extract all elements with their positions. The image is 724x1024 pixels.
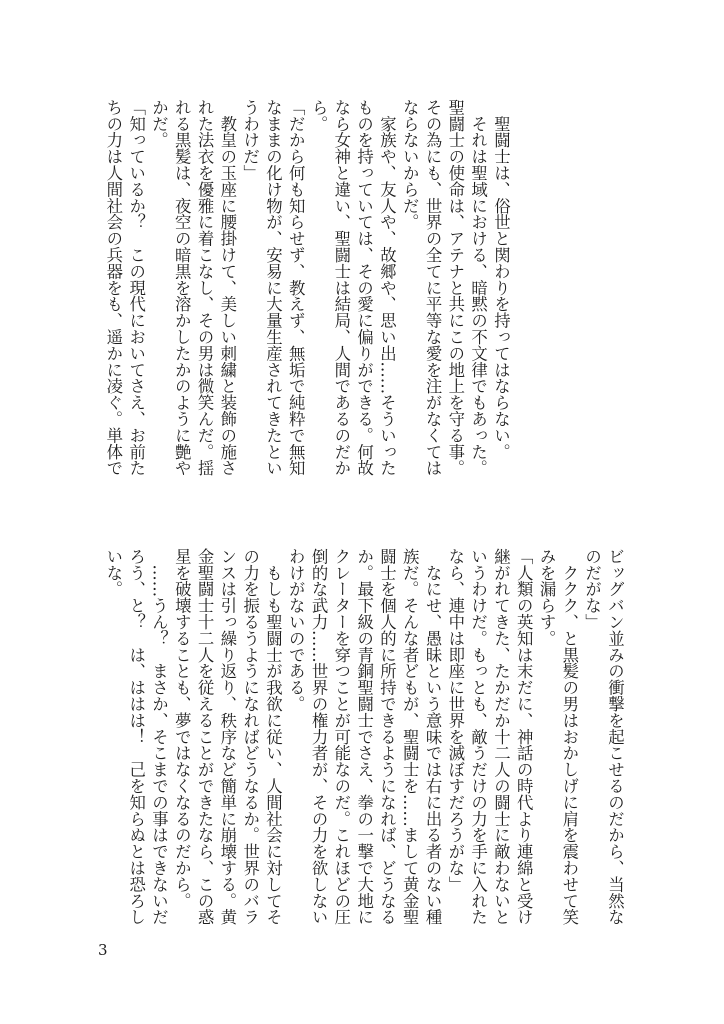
text-line: ちの力は人間社会の兵器をも、遥かに凌ぐ。単体で bbox=[101, 99, 124, 479]
page-number: 3 bbox=[98, 943, 108, 958]
text-line: ものを持っていては、その愛に偏りができる。何故 bbox=[352, 99, 375, 479]
text-line: 「だから何も知らせず、教えず、無垢で純粋で無知 bbox=[283, 99, 306, 479]
text-line: ンスは引っ繰り返り、秩序など簡単に崩壊する。黄 bbox=[215, 548, 238, 928]
text-line: 闘士を個人的に所持できるようになれば、どうなる bbox=[375, 548, 398, 928]
text-line: ビッグバン並みの衝撃を起こせるのだから、当然な bbox=[603, 548, 626, 928]
text-line: か。最下級の青銅聖闘士でさえ、拳の一撃で大地に bbox=[352, 548, 375, 928]
text-line: うわけだ」 bbox=[238, 99, 261, 479]
text-line: みを漏らす。 bbox=[534, 548, 557, 928]
text-line: れる黒髪は、夜空の暗黒を溶かしたかのように艶や bbox=[169, 99, 192, 479]
text-line: 教皇の玉座に腰掛けて、美しい刺繍と装飾の施さ bbox=[215, 99, 238, 479]
text-line: れた法衣を優雅に着こなし、その男は微笑んだ。揺 bbox=[192, 99, 215, 479]
text-line: ろう、と？ は、ははは！ 己を知らぬとは恐ろし bbox=[124, 548, 147, 928]
text-line: 聖闘士は、俗世と関わりを持ってはならない。 bbox=[489, 99, 512, 479]
text-line: なにせ、愚昧という意味では右に出る者のない種 bbox=[420, 548, 443, 928]
text-line: なら、連中は即座に世界を滅ぼすだろうがな」 bbox=[443, 548, 466, 928]
text-line: ならないからだ。 bbox=[397, 99, 420, 479]
text-line: 家族や、友人や、故郷や、思い出……そういった bbox=[375, 99, 398, 479]
book-page: 聖闘士は、俗世と関わりを持ってはならない。 それは聖域における、暗黙の不文律でも… bbox=[0, 0, 724, 1024]
text-line: のだがな」 bbox=[580, 548, 603, 928]
text-line: いうわけだ。もっとも、敵うだけの力を手に入れた bbox=[466, 548, 489, 928]
text-line: ……うん？ まさか、そこまでの事はできないだ bbox=[147, 548, 170, 928]
text-line: なままの化け物が、安易に大量生産されてきたとい bbox=[261, 99, 284, 479]
text-line: 聖闘士の使命は、アテナと共にこの地上を守る事。 bbox=[443, 99, 466, 479]
text-line: それは聖域における、暗黙の不文律でもあった。 bbox=[466, 99, 489, 479]
text-line: 「知っているか？ この現代においてさえ、お前た bbox=[124, 99, 147, 479]
text-line: 星を破壊することも、夢ではなくなるのだから。 bbox=[169, 548, 192, 928]
text-line: の力を振るうようになればどうなるか。世界のバラ bbox=[238, 548, 261, 928]
text-line: ククク、と黒髪の男はおかしげに肩を震わせて笑 bbox=[557, 548, 580, 928]
text-line: いな。 bbox=[101, 548, 124, 928]
text-line: クレーターを穿つことが可能なのだ。これほどの圧 bbox=[329, 548, 352, 928]
text-line: かだ。 bbox=[147, 99, 170, 479]
lower-text-tier: ビッグバン並みの衝撃を起こせるのだから、当然な のだがな」 ククク、と黒髪の男は… bbox=[101, 548, 625, 928]
text-line: 族だ。そんな者どもが、聖闘士を……まして黄金聖 bbox=[397, 548, 420, 928]
text-line: 金聖闘士十二人を従えることができたなら、この惑 bbox=[192, 548, 215, 928]
text-line: 倒的な武力……世界の権力者が、その力を欲しない bbox=[306, 548, 329, 928]
upper-text-tier: 聖闘士は、俗世と関わりを持ってはならない。 それは聖域における、暗黙の不文律でも… bbox=[101, 99, 511, 479]
text-line: わけがないのである。 bbox=[283, 548, 306, 928]
text-line: その為にも、世界の全てに平等な愛を注がなくては bbox=[420, 99, 443, 479]
text-line: 継がれてきた、たかだか十二人の闘士に敵わないと bbox=[489, 548, 512, 928]
text-line: なら女神と違い、聖闘士は結局、人間であるのだか bbox=[329, 99, 352, 479]
text-line: もしも聖闘士が我欲に従い、人間社会に対してそ bbox=[261, 548, 284, 928]
text-line: 「人類の英知は末だに、神話の時代より連綿と受け bbox=[511, 548, 534, 928]
text-line: ら。 bbox=[306, 99, 329, 479]
